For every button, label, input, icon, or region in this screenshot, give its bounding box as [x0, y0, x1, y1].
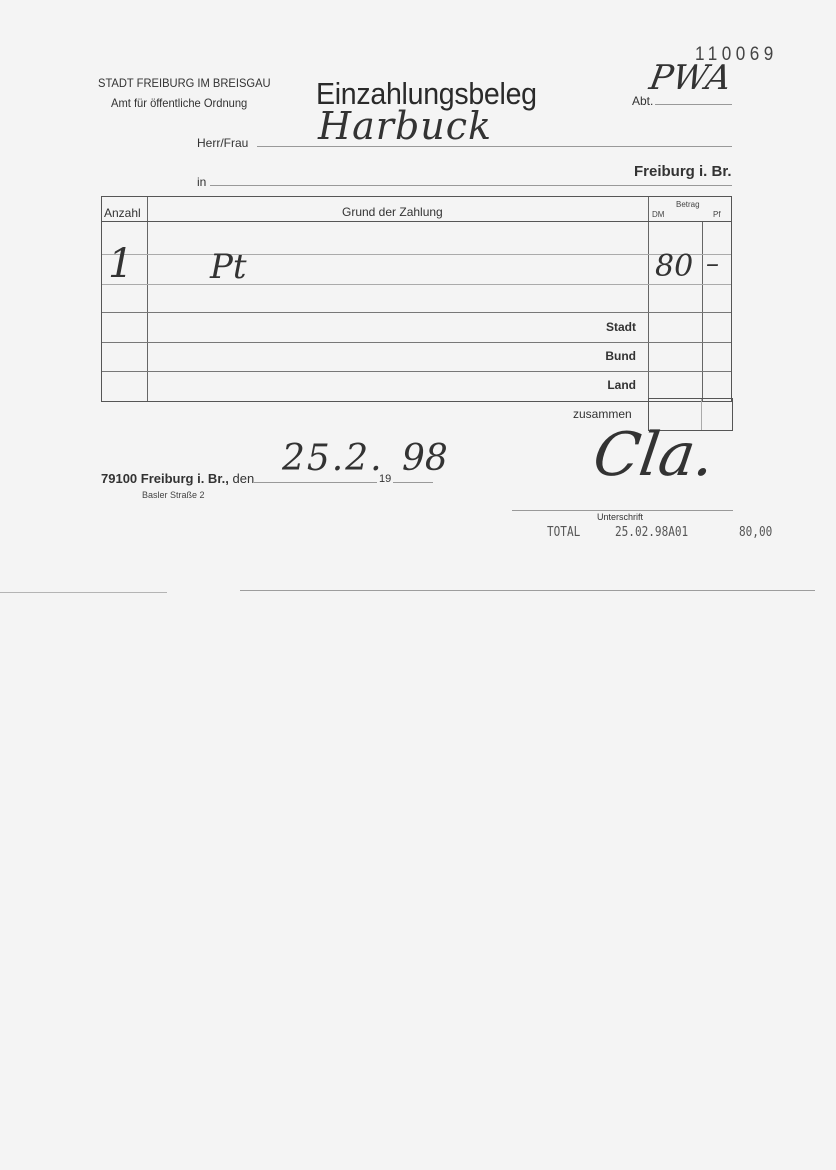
register-amount: 80,00 — [739, 525, 772, 540]
row-divider — [102, 371, 731, 372]
register-total-label: TOTAL — [547, 525, 580, 540]
row1-reason-handwritten: Pt — [210, 247, 247, 287]
postal-city: 79100 Freiburg i. Br., — [101, 471, 229, 486]
column-divider — [702, 221, 703, 401]
row-label-land: Land — [556, 378, 636, 392]
row-divider — [102, 221, 731, 222]
date-handwritten: 25.2. — [282, 438, 384, 479]
year-field-line — [393, 482, 433, 483]
header-pf: Pf — [713, 210, 721, 219]
paper-edge — [0, 592, 167, 593]
total-label: zusammen — [573, 407, 632, 421]
row-label-bund: Bund — [556, 349, 636, 363]
organization-department: Amt für öffentliche Ordnung — [111, 96, 247, 110]
payer-handwritten: Harbuck — [318, 104, 492, 148]
date-place-label: 79100 Freiburg i. Br., den — [101, 471, 254, 486]
location-field-line — [210, 185, 732, 186]
organization-name: STADT FREIBURG IM BREISGAU — [98, 76, 271, 90]
street-address: Basler Straße 2 — [142, 490, 205, 500]
payment-table: Anzahl Grund der Zahlung Betrag DM Pf 1 … — [101, 196, 732, 402]
abteilung-field-line — [655, 104, 732, 105]
row-divider — [102, 254, 731, 255]
row-divider — [102, 284, 731, 285]
den-label: den — [233, 471, 255, 486]
register-code: 25.02.98A01 — [615, 525, 688, 540]
header-reason: Grund der Zahlung — [342, 205, 443, 219]
paper-edge — [240, 590, 815, 591]
date-field-line — [254, 482, 377, 483]
row1-quantity-handwritten: 1 — [108, 241, 133, 287]
row1-pf-handwritten: – — [706, 249, 719, 279]
header-dm: DM — [652, 210, 664, 219]
payer-label: Herr/Frau — [197, 136, 248, 150]
row-divider — [102, 342, 731, 343]
header-amount: Betrag — [676, 200, 700, 209]
signature-line — [512, 510, 733, 511]
header-quantity: Anzahl — [104, 206, 141, 220]
signature-handwritten: Cla. — [589, 420, 719, 490]
city-name: Freiburg i. Br. — [634, 163, 732, 180]
row1-dm-handwritten: 80 — [655, 249, 693, 284]
year-handwritten: 98 — [402, 438, 448, 479]
location-label: in — [197, 175, 206, 189]
signature-label: Unterschrift — [597, 512, 643, 522]
abteilung-handwritten: PWA — [646, 58, 734, 98]
row-label-stadt: Stadt — [556, 320, 636, 334]
row-divider — [102, 312, 731, 313]
